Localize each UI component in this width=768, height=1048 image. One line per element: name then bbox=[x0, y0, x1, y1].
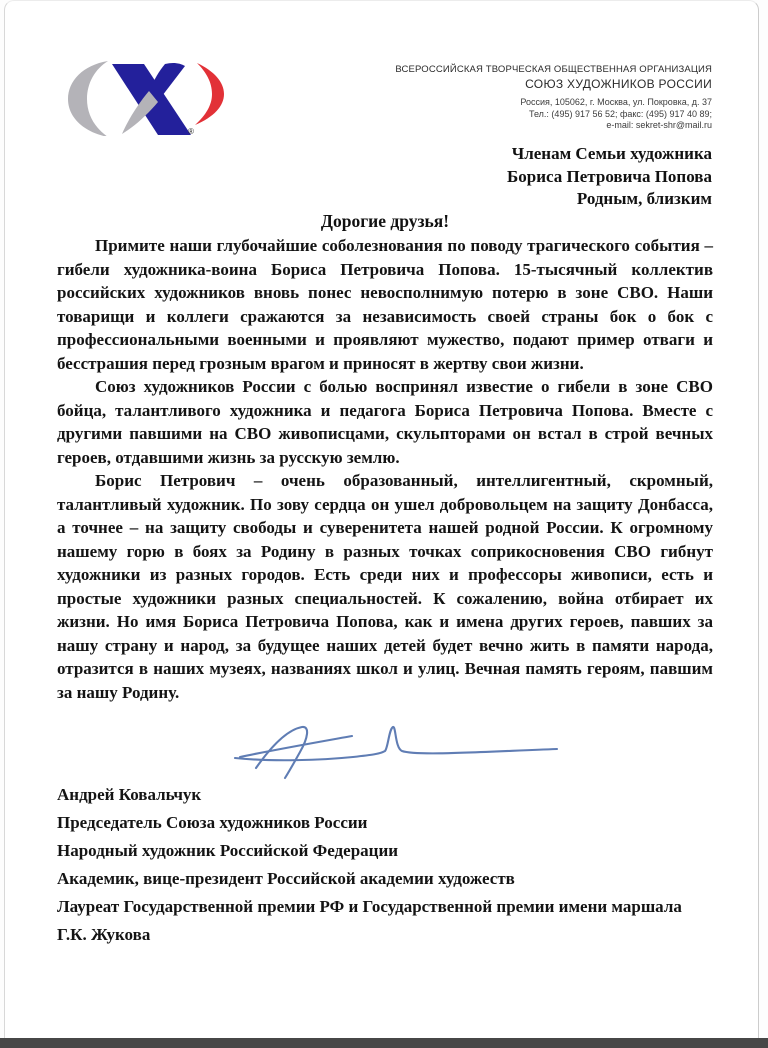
org-address: Россия, 105062, г. Москва, ул. Покровка,… bbox=[395, 97, 712, 109]
org-contact-block: Россия, 105062, г. Москва, ул. Покровка,… bbox=[395, 97, 712, 132]
logo-gray-c bbox=[68, 61, 108, 136]
addressee-line: Членам Семьи художника bbox=[507, 143, 712, 166]
scanned-letter-page: { "letterhead": { "logo": { "label": "Ло… bbox=[0, 0, 768, 1048]
signature-ink-strokes bbox=[235, 727, 557, 778]
union-of-artists-logo-icon: ® bbox=[66, 56, 231, 136]
signatory-block: Андрей Ковальчук Председатель Союза худо… bbox=[57, 781, 713, 949]
addressee-line: Бориса Петровича Попова bbox=[507, 166, 712, 189]
registered-trademark-icon: ® bbox=[188, 127, 194, 136]
logo-red-crescent bbox=[195, 63, 224, 125]
signatory-name: Андрей Ковальчук bbox=[57, 781, 713, 809]
body-paragraph: Примите наши глубочайшие соболезнования … bbox=[57, 234, 713, 375]
viewer-bottom-edge bbox=[0, 1038, 768, 1048]
signatory-title: Лауреат Государственной премии РФ и Госу… bbox=[57, 893, 713, 921]
addressee-line: Родным, близким bbox=[507, 188, 712, 211]
body-paragraph: Борис Петрович – очень образованный, инт… bbox=[57, 469, 713, 704]
logo-blue-arm bbox=[150, 63, 185, 100]
org-phone-fax: Тел.: (495) 917 56 52; факс: (495) 917 4… bbox=[395, 109, 712, 121]
letterhead-header: ВСЕРОССИЙСКАЯ ТВОРЧЕСКАЯ ОБЩЕСТВЕННАЯ ОР… bbox=[395, 64, 712, 132]
org-name-line2: СОЮЗ ХУДОЖНИКОВ РОССИИ bbox=[395, 77, 712, 91]
org-name-line1: ВСЕРОССИЙСКАЯ ТВОРЧЕСКАЯ ОБЩЕСТВЕННАЯ ОР… bbox=[395, 64, 712, 75]
org-email: e-mail: sekret-shr@mail.ru bbox=[395, 120, 712, 132]
signatory-title: Председатель Союза художников России bbox=[57, 809, 713, 837]
handwritten-signature bbox=[228, 714, 562, 786]
letter-body: Примите наши глубочайшие соболезнования … bbox=[57, 234, 713, 704]
signatory-title: Народный художник Российской Федерации bbox=[57, 837, 713, 865]
addressee-block: Членам Семьи художника Бориса Петровича … bbox=[507, 143, 712, 211]
signatory-title: Академик, вице-президент Российской акад… bbox=[57, 865, 713, 893]
salutation: Дорогие друзья! bbox=[57, 211, 713, 232]
body-paragraph: Союз художников России с болью воспринял… bbox=[57, 375, 713, 469]
signatory-title: Г.К. Жукова bbox=[57, 921, 713, 949]
